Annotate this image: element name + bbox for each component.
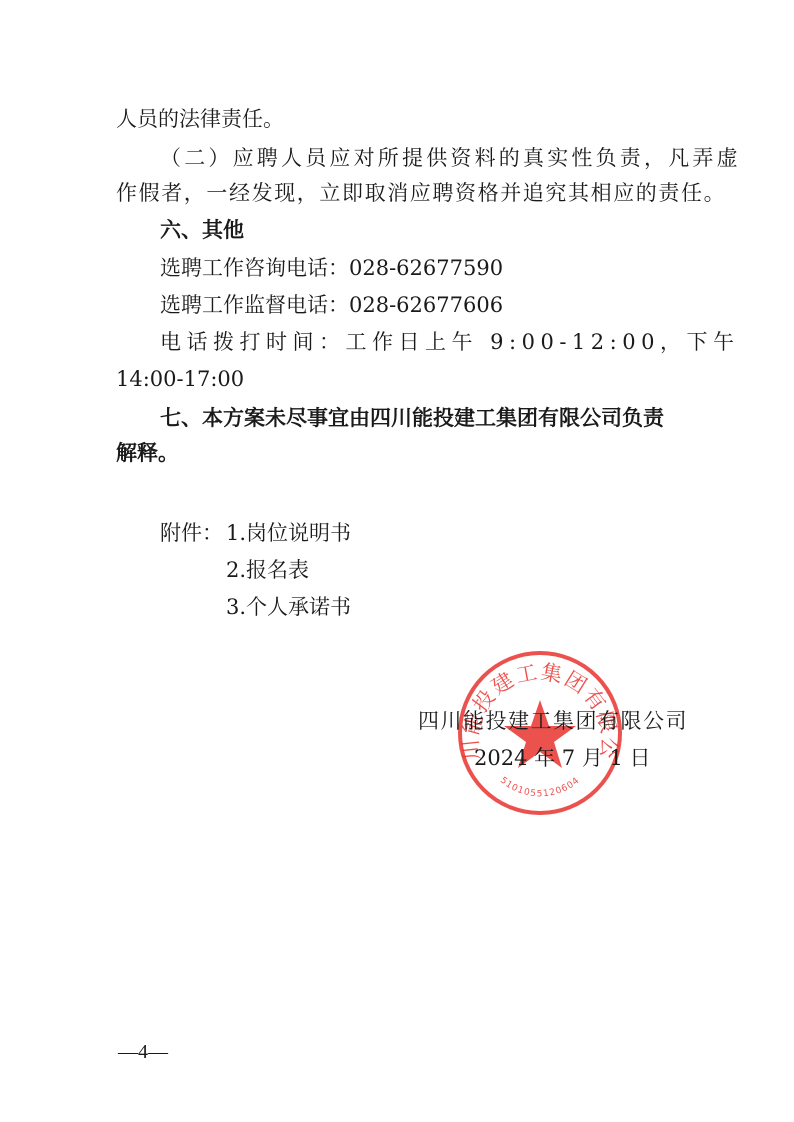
consult-phone: 选聘工作咨询电话：028-62677590 — [160, 255, 503, 281]
signature-date: 2024 年 7 月 1 日 — [474, 745, 651, 771]
paragraph-2-line-2: 作假者，一经发现，立即取消应聘资格并追究其相应的责任。 — [116, 180, 726, 206]
paragraph-2-line-1: （二）应聘人员应对所提供资料的真实性负责，凡弄虚 — [160, 145, 741, 171]
page-number: —4— — [118, 1040, 168, 1064]
svg-text:5101055120604: 5101055120604 — [498, 776, 582, 800]
section-6-heading: 六、其他 — [160, 217, 244, 243]
section-7-line-2: 解释。 — [116, 440, 179, 466]
attachment-item: 3.个人承诺书 — [226, 594, 351, 620]
section-7-line-1: 七、本方案未尽事宜由四川能投建工集团有限公司负责 — [160, 405, 664, 431]
attachment-item: 2.报名表 — [226, 557, 309, 583]
paragraph-continuation: 人员的法律责任。 — [116, 106, 284, 132]
supervise-phone: 选聘工作监督电话：028-62677606 — [160, 292, 503, 318]
call-hours-line-2: 14:00-17:00 — [116, 366, 244, 392]
call-hours-line-1: 电话拨打时间：工作日上午 9:00-12:00，下午 — [160, 329, 739, 355]
attachment-item: 1.岗位说明书 — [226, 520, 351, 546]
attachments-label: 附件： — [160, 520, 223, 546]
signature-organization: 四川能投建工集团有限公司 — [418, 708, 688, 734]
